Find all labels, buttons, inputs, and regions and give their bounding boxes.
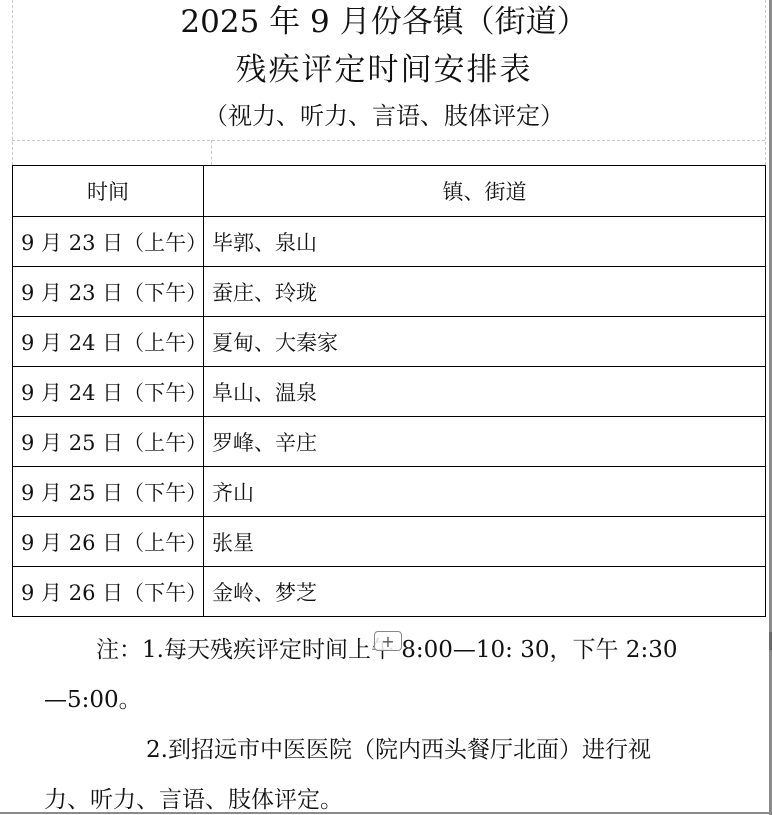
- cell-towns: 毕郭、泉山: [204, 217, 766, 267]
- plus-icon: +: [381, 632, 394, 651]
- table-guide-mid: [211, 140, 212, 165]
- table-header-row: 时间 镇、街道: [13, 166, 766, 217]
- cell-towns: 张星: [204, 517, 766, 567]
- cell-towns: 夏甸、大秦家: [204, 317, 766, 367]
- table-row: 9 月 26 日（上午） 张星: [13, 517, 766, 567]
- table-row: 9 月 23 日（上午） 毕郭、泉山: [13, 217, 766, 267]
- cell-time: 9 月 23 日（上午）: [13, 217, 204, 267]
- cell-time: 9 月 24 日（上午）: [13, 317, 204, 367]
- table-guide-right: [765, 0, 766, 165]
- cell-towns: 罗峰、辛庄: [204, 417, 766, 467]
- header-towns: 镇、街道: [204, 166, 766, 217]
- table-row: 9 月 23 日（下午） 蚕庄、玲珑: [13, 267, 766, 317]
- cell-time: 9 月 24 日（下午）: [13, 367, 204, 417]
- schedule-table: 时间 镇、街道 9 月 23 日（上午） 毕郭、泉山 9 月 23 日（下午） …: [12, 165, 766, 617]
- document-page: 2025 年 9 月份各镇（街道） 残疾评定时间安排表 （视力、听力、言语、肢体…: [0, 0, 772, 815]
- cell-towns: 阜山、温泉: [204, 367, 766, 417]
- cell-towns: 金岭、梦芝: [204, 567, 766, 617]
- document-title-line1: 2025 年 9 月份各镇（街道）: [12, 2, 756, 42]
- add-table-row-button[interactable]: +: [374, 631, 402, 651]
- cell-time: 9 月 26 日（下午）: [13, 567, 204, 617]
- note2-line1: 2.到招远市中医医院（院内西头餐厅北面）进行视: [146, 736, 651, 764]
- header-time: 时间: [13, 166, 204, 217]
- document-title-line2: 残疾评定时间安排表: [12, 50, 756, 90]
- document-subtitle: （视力、听力、言语、肢体评定）: [12, 98, 756, 134]
- cell-towns: 齐山: [204, 467, 766, 517]
- table-row: 9 月 25 日（下午） 齐山: [13, 467, 766, 517]
- table-guide-row: [12, 140, 765, 141]
- table-row: 9 月 25 日（上午） 罗峰、辛庄: [13, 417, 766, 467]
- table-row: 9 月 26 日（下午） 金岭、梦芝: [13, 567, 766, 617]
- cell-time: 9 月 23 日（下午）: [13, 267, 204, 317]
- window-edge-bottom: [0, 812, 772, 814]
- table-row: 9 月 24 日（上午） 夏甸、大秦家: [13, 317, 766, 367]
- cell-time: 9 月 25 日（上午）: [13, 417, 204, 467]
- cell-time: 9 月 25 日（下午）: [13, 467, 204, 517]
- note2-line2: 力、听力、言语、肢体评定。: [44, 786, 343, 814]
- cell-time: 9 月 26 日（上午）: [13, 517, 204, 567]
- cell-towns: 蚕庄、玲珑: [204, 267, 766, 317]
- note1-line2: —5:00。: [44, 686, 142, 714]
- table-row: 9 月 24 日（下午） 阜山、温泉: [13, 367, 766, 417]
